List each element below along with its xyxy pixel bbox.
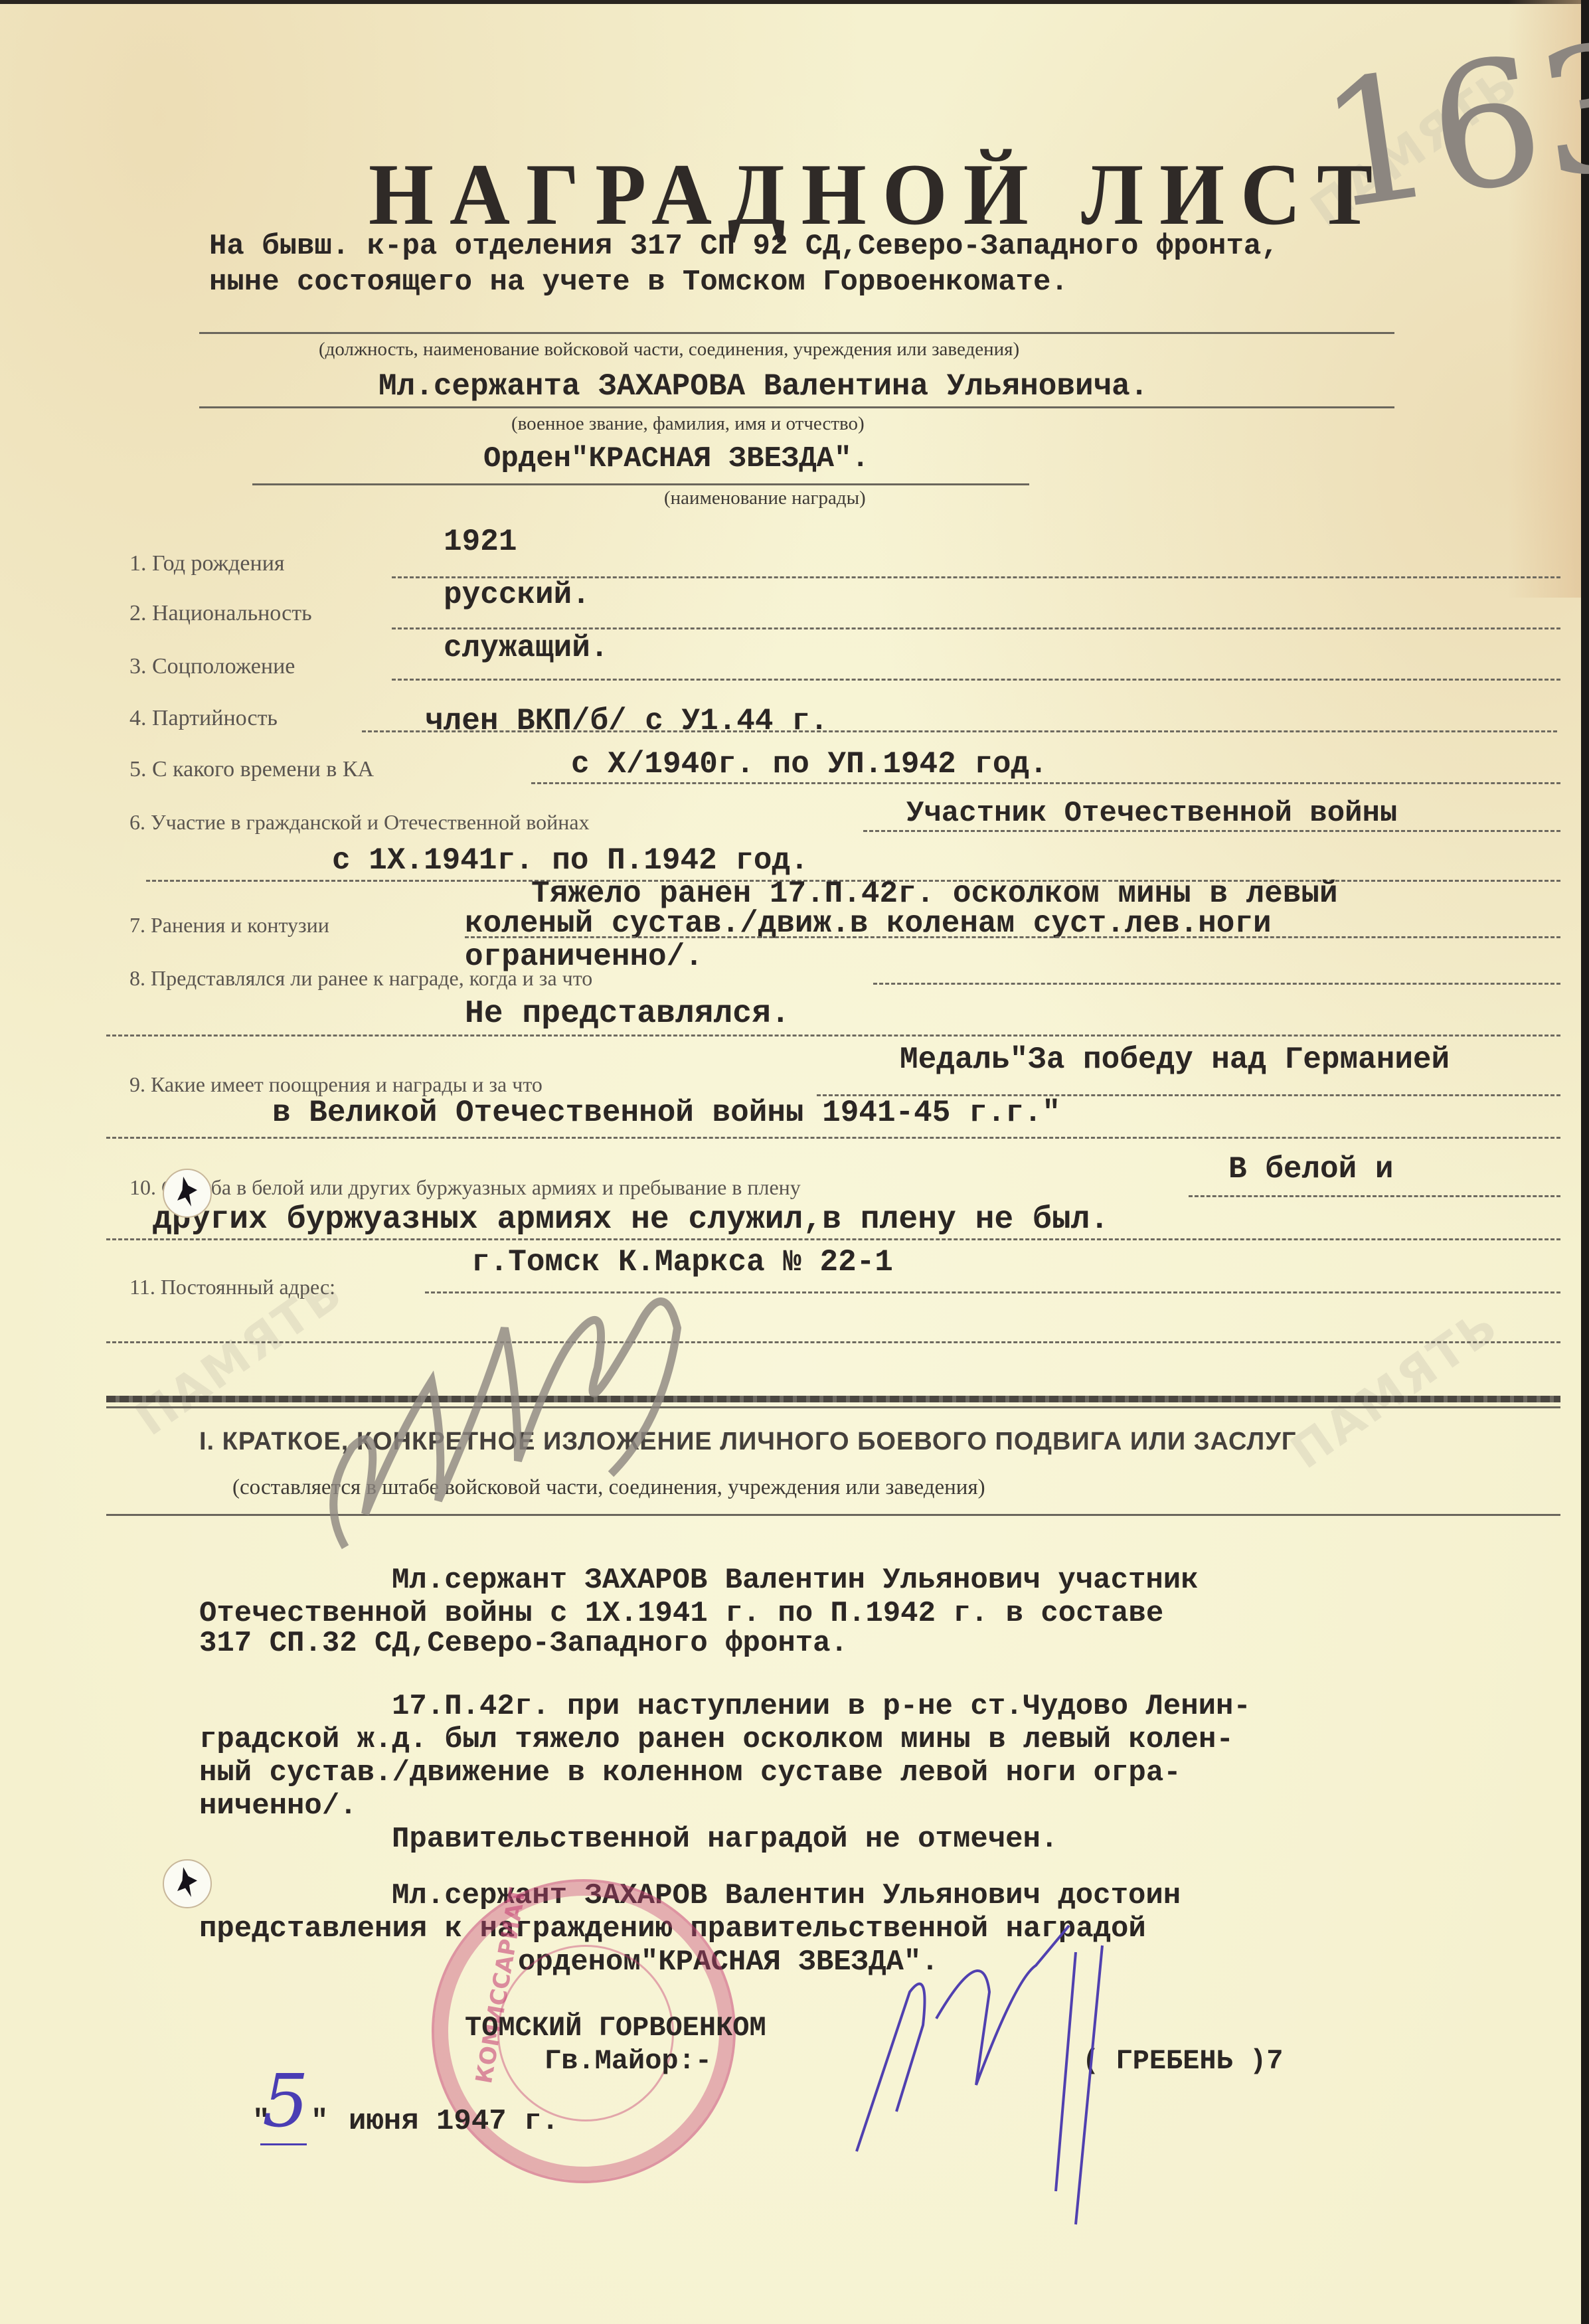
date-close-quote: "	[311, 2105, 328, 2138]
field-value-party: член ВКП/б/ с У1.44 г.	[425, 704, 828, 738]
body-line: ниченно/.	[199, 1789, 357, 1823]
line	[199, 332, 1394, 334]
line	[531, 782, 1560, 784]
field-value-nationality: русский.	[444, 578, 590, 612]
date-day: 5	[262, 2058, 309, 2143]
field-value-birth-year: 1921	[444, 525, 517, 559]
line	[362, 730, 1557, 732]
line	[199, 406, 1394, 408]
line	[465, 936, 1560, 938]
line	[106, 1238, 1560, 1240]
field-label-service: 10. Служба в белой или других буржуазных…	[129, 1175, 801, 1200]
field-value-previous-award: Не представлялся.	[465, 996, 790, 1032]
field-label-war-participation: 6. Участие в гражданской и Отечественной…	[129, 810, 590, 835]
header-line-2: ныне состоящего на учете в Томском Горво…	[209, 266, 1068, 299]
line	[392, 679, 1560, 681]
body-line: ный сустав./движение в коленном суставе …	[199, 1756, 1181, 1789]
line	[252, 483, 1029, 485]
pencil-signature	[266, 1248, 730, 1580]
signature-rank: Гв.Майор:-	[544, 2045, 712, 2077]
right-edge	[1581, 0, 1589, 2324]
field-value-awards: Медаль"За победу над Германией	[900, 1042, 1450, 1077]
field-value-service: В белой и	[1228, 1152, 1393, 1187]
punch-hole	[163, 1859, 212, 1908]
field-value-war-participation: Участник Отечественной войны	[906, 797, 1397, 830]
line	[863, 830, 1560, 832]
line	[873, 983, 1560, 985]
date-rest: июня 1947 г.	[349, 2105, 559, 2138]
field-value-awards-2: в Великой Отечественной войны 1941-45 г.…	[272, 1096, 1060, 1130]
body-line: Правительственной наградой не отмечен.	[392, 1823, 1058, 1856]
top-edge	[0, 0, 1589, 4]
line	[106, 1035, 1560, 1037]
commissar-signature	[817, 1912, 1215, 2244]
caption-award: (наименование награды)	[664, 487, 866, 509]
date-underline	[260, 2143, 307, 2145]
field-label-awards: 9. Какие имеет поощрения и награды и за …	[129, 1072, 543, 1097]
caption-name: (военное звание, фамилия, имя и отчество…	[511, 413, 865, 435]
line	[106, 1137, 1560, 1139]
header-line-1: На бывш. к-ра отделения 317 СП 92 СД,Сев…	[209, 230, 1279, 263]
field-label-army-since: 5. С какого времени в КА	[129, 757, 374, 782]
line	[392, 627, 1560, 629]
field-label-nationality: 2. Национальность	[129, 601, 312, 626]
field-label-birth-year: 1. Год рождения	[129, 551, 285, 576]
body-line: Отечественной войны с 1Х.1941 г. по П.19…	[199, 1597, 1163, 1630]
body-line: 17.П.42г. при наступлении в р-не ст.Чудо…	[392, 1690, 1251, 1723]
signature-office: ТОМСКИЙ ГОРВОЕНКОМ	[465, 2012, 766, 2044]
field-label-previous-award: 8. Представлялся ли ранее к награде, ког…	[129, 966, 592, 991]
field-value-war-participation-2: с 1Х.1941г. по П.1942 год.	[332, 843, 809, 878]
line	[1189, 1195, 1560, 1197]
field-value-army-since: с Х/1940г. по УП.1942 год.	[571, 747, 1048, 782]
body-line: 317 СП.32 СД,Северо-Западного фронта.	[199, 1627, 848, 1660]
punch-hole	[163, 1169, 212, 1218]
body-line: градской ж.д. был тяжело ранен осколком …	[199, 1723, 1234, 1756]
field-value-social: служащий.	[444, 631, 608, 665]
field-label-social: 3. Соцположение	[129, 654, 295, 679]
field-label-party: 4. Партийность	[129, 706, 278, 731]
field-label-wounds: 7. Ранения и контузии	[129, 913, 329, 938]
award-name: Орден"КРАСНАЯ ЗВЕЗДА".	[483, 442, 869, 475]
caption-position: (должность, наименование войсковой части…	[319, 339, 1019, 361]
person-name: Мл.сержанта ЗАХАРОВА Валентина Ульянович…	[378, 369, 1148, 404]
field-value-service-2: других буржуазных армиях не служил,в пле…	[153, 1202, 1109, 1238]
